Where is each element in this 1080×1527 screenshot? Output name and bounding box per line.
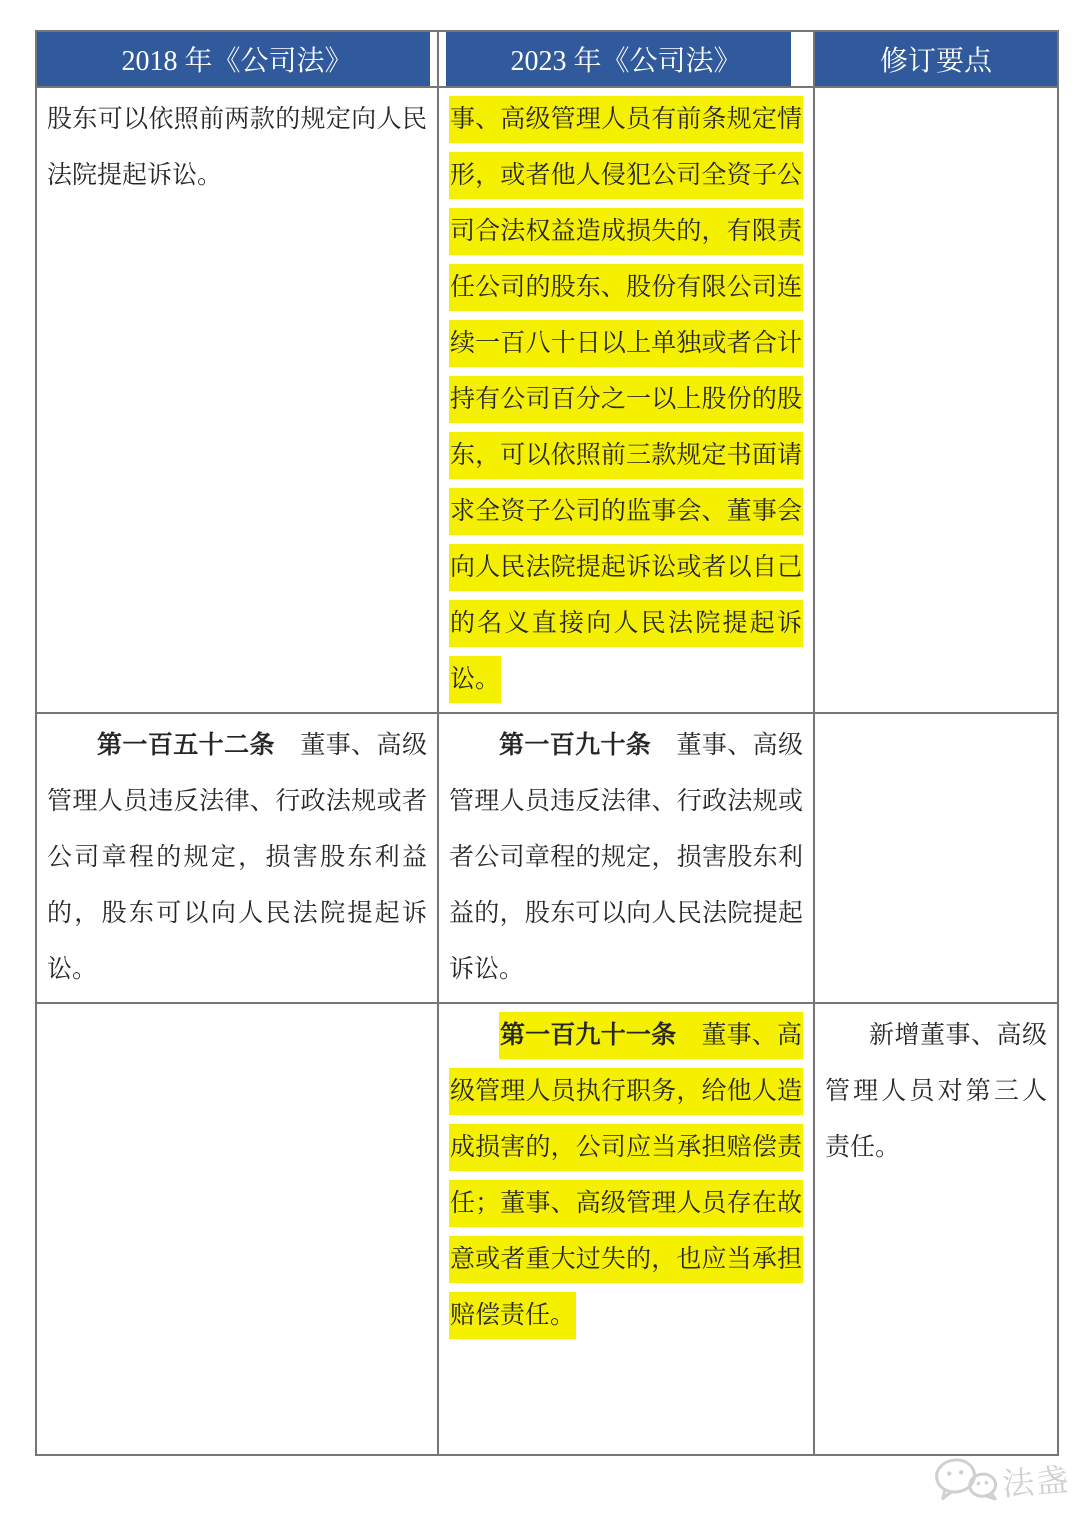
wechat-logo-icon xyxy=(930,1452,1001,1509)
header-2023-law: 2023 年《公司法》 xyxy=(438,31,814,87)
article-152-text: 董事、高级管理人员违反法律、行政法规或者公司章程的规定，损害股东利益的，股东可以… xyxy=(47,732,427,983)
article-190-paragraph: 第一百九十条 董事、高级管理人员违反法律、行政法规或者公司章程的规定，损害股东利… xyxy=(449,718,803,998)
table-row-2: 第一百五十二条 董事、高级管理人员违反法律、行政法规或者公司章程的规定，损害股东… xyxy=(36,713,1058,1003)
article-191-text: 董事、高级管理人员执行职务，给他人造成损害的，公司应当承担赔偿责任；董事、高级管… xyxy=(450,1022,802,1329)
header-2018-law: 2018 年《公司法》 xyxy=(36,31,438,87)
cell-2018-law-r1: 股东可以依照前两款的规定向人民法院提起诉讼。 xyxy=(36,87,438,713)
article-190-number: 第一百九十条 xyxy=(499,732,651,759)
table-row-1: 股东可以依照前两款的规定向人民法院提起诉讼。 事、高级管理人员有前条规定情形，或… xyxy=(36,87,1058,713)
watermark-text: 法盏 xyxy=(1000,1455,1071,1506)
watermark: 法盏 xyxy=(932,1450,1072,1510)
law-2023-continuation-paragraph: 事、高级管理人员有前条规定情形，或者他人侵犯公司全资子公司合法权益造成损失的，有… xyxy=(449,92,803,708)
article-152-paragraph: 第一百五十二条 董事、高级管理人员违反法律、行政法规或者公司章程的规定，损害股东… xyxy=(47,718,427,998)
cell-2023-law-r1: 事、高级管理人员有前条规定情形，或者他人侵犯公司全资子公司合法权益造成损失的，有… xyxy=(438,87,814,713)
article-190-text: 董事、高级管理人员违反法律、行政法规或者公司章程的规定，损害股东利益的，股东可以… xyxy=(449,732,803,983)
law-2018-continuation-text: 股东可以依照前两款的规定向人民法院提起诉讼。 xyxy=(47,92,427,204)
revision-note-text: 新增董事、高级管理人员对第三人责任。 xyxy=(825,1008,1047,1176)
highlighted-revision-text: 事、高级管理人员有前条规定情形，或者他人侵犯公司全资子公司合法权益造成损失的，有… xyxy=(449,96,803,703)
article-191-paragraph: 第一百九十一条 董事、高级管理人员执行职务，给他人造成损害的，公司应当承担赔偿责… xyxy=(449,1008,803,1344)
cell-2018-law-r3 xyxy=(36,1003,438,1455)
cell-notes-r2 xyxy=(814,713,1058,1003)
highlighted-new-article: 第一百九十一条 董事、高级管理人员执行职务，给他人造成损害的，公司应当承担赔偿责… xyxy=(449,1012,803,1339)
table-row-3: 第一百九十一条 董事、高级管理人员执行职务，给他人造成损害的，公司应当承担赔偿责… xyxy=(36,1003,1058,1455)
cell-2023-law-r3: 第一百九十一条 董事、高级管理人员执行职务，给他人造成损害的，公司应当承担赔偿责… xyxy=(438,1003,814,1455)
article-191-number: 第一百九十一条 xyxy=(500,1022,676,1049)
cell-2018-law-r2: 第一百五十二条 董事、高级管理人员违反法律、行政法规或者公司章程的规定，损害股东… xyxy=(36,713,438,1003)
cell-notes-r3: 新增董事、高级管理人员对第三人责任。 xyxy=(814,1003,1058,1455)
header-revision-notes: 修订要点 xyxy=(814,31,1058,87)
cell-notes-r1 xyxy=(814,87,1058,713)
header-row: 2018 年《公司法》 2023 年《公司法》 修订要点 xyxy=(36,31,1058,87)
document-page: 2018 年《公司法》 2023 年《公司法》 修订要点 股东可以依照前两款的规… xyxy=(0,0,1080,1527)
cell-2023-law-r2: 第一百九十条 董事、高级管理人员违反法律、行政法规或者公司章程的规定，损害股东利… xyxy=(438,713,814,1003)
law-comparison-table: 2018 年《公司法》 2023 年《公司法》 修订要点 股东可以依照前两款的规… xyxy=(35,30,1059,1456)
article-152-number: 第一百五十二条 xyxy=(97,732,275,759)
